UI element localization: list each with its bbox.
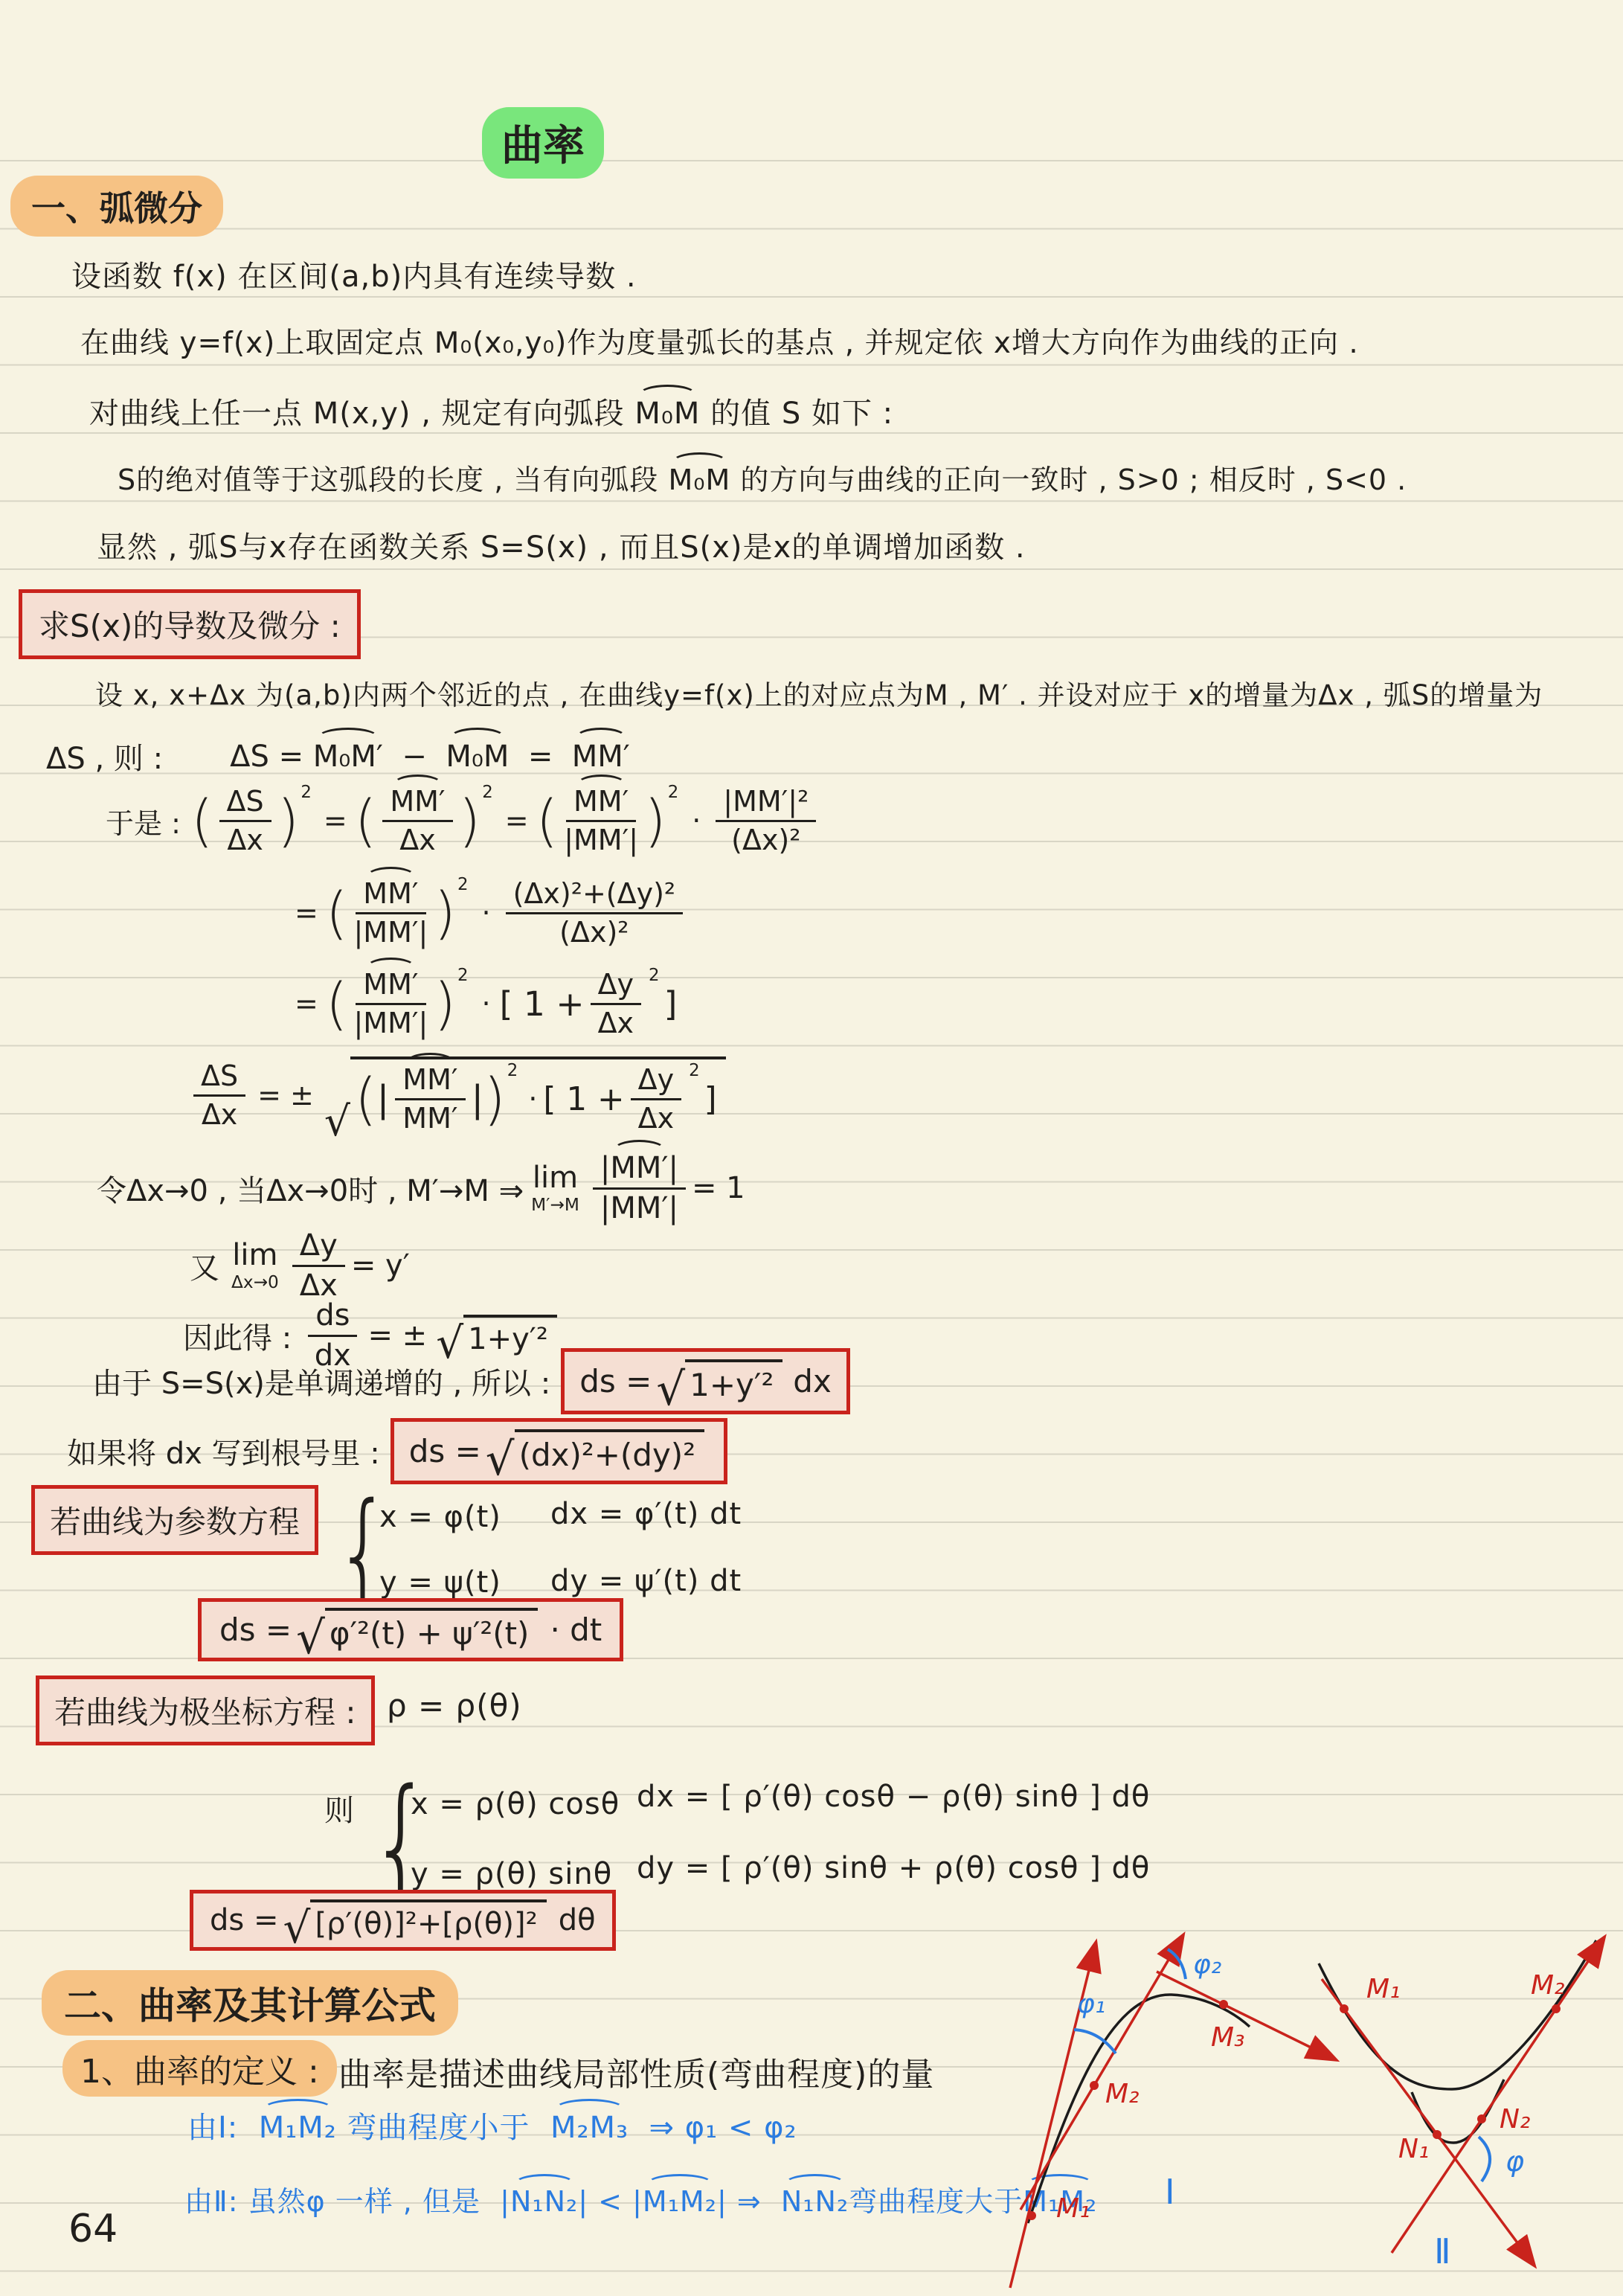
math-token: =: [324, 804, 347, 837]
math-token: 如果将 dx 写到根号里 :: [67, 1430, 380, 1472]
limit: lim Δx→0: [231, 1240, 279, 1291]
section1-heading: 一、弧微分: [10, 176, 223, 237]
polar-then: 则: [324, 1787, 355, 1830]
math-token: =: [528, 740, 553, 774]
param-dx: dx = φ′(t) dt: [550, 1497, 742, 1531]
blue-note-1: 由Ⅰ: M₁M₂ 弯曲程度小于 M₂M₃ ⇒ φ₁ < φ₂: [187, 2104, 797, 2146]
section2-heading: 二、曲率及其计算公式: [42, 1970, 458, 2036]
diagram-2: M₁ M₂ N₁ N₂ φ Ⅱ: [1319, 1938, 1604, 2271]
arc-M1M2: M₁M₂: [643, 2185, 717, 2218]
ds-formula-box-1: ds = √ 1+y′² dx: [561, 1348, 850, 1414]
polar-eq-y: y = ρ(θ) sinθ: [411, 1857, 612, 1891]
para-line-5: 显然 , 弧S与x存在函数关系 S=S(x) , 而且S(x)是x的单调增加函数…: [97, 524, 1026, 566]
paren: (: [326, 891, 348, 936]
paren: ): [459, 798, 481, 844]
arc-N1N2: N₁N₂: [781, 2185, 849, 2218]
math-token: 又: [190, 1245, 219, 1287]
abs-bar: |: [377, 1077, 390, 1120]
label-M2: M₂: [1531, 1970, 1565, 2001]
sqrt-sign: √: [324, 1106, 350, 1138]
fraction: MM′ |MM′|: [564, 786, 638, 856]
label-phi: φ: [1505, 2145, 1524, 2178]
paren: (: [355, 798, 377, 844]
paren: (: [355, 1077, 377, 1122]
fraction: ΔS Δx: [193, 1060, 245, 1130]
angle-arc-phi: [1479, 2137, 1490, 2181]
label-N1: N₁: [1398, 2134, 1429, 2164]
point-M3: [1219, 2000, 1228, 2009]
para-line-1: 设函数 f(x) 在区间(a,b)内具有连续导数 .: [71, 253, 637, 295]
exponent: 2: [668, 783, 679, 802]
math-token: 令Δx→0 , 当Δx→0时 , M′→M ⇒: [97, 1167, 524, 1210]
polar-dy: dy = [ ρ′(θ) sinθ + ρ(θ) cosθ ] dθ: [637, 1851, 1150, 1885]
paren: ): [644, 798, 666, 844]
delta-s-line: ΔS , 则 : ΔS = M₀M′ − M₀M = MM′: [46, 735, 630, 777]
sqrt-sign: √: [486, 1442, 515, 1478]
paren: ): [277, 798, 300, 844]
arc-M0M: M₀M: [668, 464, 730, 496]
tangent-at-M3: [1157, 1972, 1335, 2059]
para-line-3: 对曲线上任一点 M(x,y) , 规定有向弧段 M₀M 的值 S 如下 :: [89, 390, 893, 432]
abs-bar: |: [472, 1077, 484, 1120]
math-token: ds =: [219, 1612, 292, 1648]
label-M3: M₃: [1211, 2022, 1245, 2053]
fraction: MM′ |MM′|: [354, 969, 428, 1039]
formula-row-1: 于是 : ( ΔS Δx ) 2 = ( MM′ Δx ) 2 = ( MM′ …: [106, 786, 822, 856]
polar-ds-box: ds = √ [ρ′(θ)]²+[ρ(θ)]² dθ: [190, 1890, 616, 1951]
sqrt-sign: √: [283, 1911, 310, 1945]
bracket: [ 1 +: [543, 1080, 624, 1118]
math-token: 于是 :: [106, 801, 181, 841]
section2-heading-highlight: 二、曲率及其计算公式: [42, 1970, 458, 2036]
tangent-at-M2: [1021, 1936, 1183, 2210]
curvature-diagrams: M₁ M₂ M₃ φ₁ φ₂ Ⅰ M₁ M₂ N₁ N₂ φ Ⅱ: [997, 1920, 1623, 2296]
arc-N1N2: N₁N₂: [510, 2185, 578, 2218]
polar-dx: dx = [ ρ′(θ) cosθ − ρ(θ) sinθ ] dθ: [637, 1780, 1150, 1814]
page-title-highlight: 曲率: [482, 107, 604, 179]
fraction: Δy Δx: [631, 1064, 681, 1134]
paren: ): [483, 1077, 506, 1122]
paren: ): [434, 891, 456, 936]
label-M2: M₂: [1105, 2079, 1140, 2109]
paren: (: [326, 981, 348, 1027]
definition-label-highlight: 1、曲率的定义 :: [62, 2040, 337, 2097]
arc-MM-prime: MM′: [402, 1064, 457, 1096]
label-II: Ⅱ: [1434, 2231, 1451, 2271]
label-N2: N₂: [1500, 2104, 1530, 2135]
para-line-4-text: S的绝对值等于这弧段的长度 , 当有向弧段: [118, 464, 658, 496]
arc-MM-prime: MM′: [610, 1152, 668, 1185]
fraction: ΔS Δx: [219, 786, 271, 856]
label-M1: M₁: [1366, 1974, 1401, 2004]
math-token: ds =: [210, 1903, 278, 1937]
limit-row-2: 又 lim Δx→0 Δy Δx = y′: [190, 1229, 410, 1303]
point-N2: [1477, 2114, 1486, 2123]
fraction: Δy Δx: [292, 1229, 345, 1303]
formula-row-4: ΔS Δx = ± √ ( | MM′ MM′ | ) 2 · [ 1 + Δy…: [187, 1056, 730, 1134]
param-eq-y: y = ψ(t): [379, 1565, 501, 1600]
math-token: = 1: [692, 1171, 745, 1205]
para-line-6: 设 x, x+Δx 为(a,b)内两个邻近的点 , 在曲线y=f(x)上的对应点…: [95, 673, 1543, 713]
arc-MM-prime: MM′: [363, 878, 418, 910]
arc-M0M: M₀M: [634, 397, 700, 431]
math-token: = y′: [351, 1248, 410, 1283]
sqrt: √ (dx)²+(dy)²: [486, 1429, 704, 1473]
arc-M2M3: M₂M₃: [550, 2111, 629, 2145]
para-line-2: 在曲线 y=f(x)上取固定点 M₀(x₀,y₀)作为度量弧长的基点 , 并规定…: [80, 320, 1359, 362]
diagram-1: M₁ M₂ M₃ φ₁ φ₂ Ⅰ: [1010, 1936, 1335, 2288]
math-token: ·: [528, 1083, 537, 1115]
limit: lim M′→M: [531, 1163, 579, 1213]
math-token: ΔS =: [230, 740, 303, 774]
point-N1: [1433, 2130, 1442, 2139]
blue-note-2: 由Ⅱ: 虽然φ 一样 , 但是 |N₁N₂| < |M₁M₂| ⇒ N₁N₂弯曲…: [184, 2178, 1097, 2219]
curve-II-outer: [1319, 1940, 1596, 2089]
subheading-text: 求S(x)的导数及微分 :: [19, 589, 361, 659]
arc-MM-prime: MM′: [390, 786, 445, 818]
arc-M0M: M₀M: [446, 740, 509, 774]
math-token: =: [295, 897, 318, 929]
paren: (: [536, 798, 559, 844]
math-token: ·: [692, 804, 701, 837]
bracket: [ 1 +: [500, 984, 585, 1024]
root-form-row: 如果将 dx 写到根号里 : ds = √ (dx)²+(dy)²: [67, 1418, 727, 1484]
math-token: 由于 S=S(x)是单调递增的 , 所以 :: [92, 1360, 550, 1402]
paren: (: [191, 798, 213, 844]
exponent: 2: [457, 875, 469, 894]
math-token: =: [295, 987, 318, 1020]
exponent: 2: [689, 1061, 700, 1080]
exponent: 2: [457, 966, 469, 985]
angle-arc-phi2: [1168, 1949, 1186, 1979]
fraction: MM′ MM′: [395, 1064, 465, 1134]
label-M1: M₁: [1056, 2193, 1090, 2224]
monotonic-row: 由于 S=S(x)是单调递增的 , 所以 : ds = √ 1+y′² dx: [92, 1348, 850, 1414]
arc-M1M2: M₁M₂: [259, 2111, 337, 2145]
param-dy: dy = ψ′(t) dt: [550, 1564, 742, 1598]
point-M1: [1340, 2004, 1349, 2013]
arc-MM-prime: MM′: [572, 740, 630, 774]
sqrt-sign: √: [656, 1372, 685, 1408]
label-phi2: φ₂: [1193, 1949, 1221, 1980]
param-label: 若曲线为参数方程: [31, 1485, 318, 1555]
sqrt: √ 1+y′²: [656, 1359, 782, 1403]
param-label-box: 若曲线为参数方程: [31, 1485, 318, 1555]
definition-text: 曲率是描述曲线局部性质(弯曲程度)的量: [338, 2048, 934, 2095]
sqrt-sign: √: [296, 1620, 325, 1656]
fraction: |MM′| |MM′|: [593, 1152, 686, 1225]
fraction: MM′ Δx: [382, 786, 452, 856]
polar-label-box: 若曲线为极坐标方程 :: [36, 1675, 375, 1745]
para-line-4: S的绝对值等于这弧段的长度 , 当有向弧段 M₀M 的方向与曲线的正向一致时 ,…: [118, 457, 1407, 498]
exponent: 2: [301, 783, 312, 802]
param-ds-box: ds = √ φ′²(t) + ψ′²(t) · dt: [198, 1598, 623, 1661]
notebook-page: 曲率 一、弧微分 设函数 f(x) 在区间(a,b)内具有连续导数 . 在曲线 …: [0, 0, 1623, 2296]
tangent-line-B: [1392, 1938, 1604, 2253]
limit-row-1: 令Δx→0 , 当Δx→0时 , M′→M ⇒ lim M′→M |MM′| |…: [97, 1152, 745, 1225]
sqrt: √ [ρ′(θ)]²+[ρ(θ)]²: [283, 1899, 546, 1941]
sqrt: √ φ′²(t) + ψ′²(t): [296, 1608, 538, 1652]
fraction: |MM′|² (Δx)²: [716, 786, 816, 856]
math-token: dθ: [559, 1903, 596, 1937]
formula-row-2: = ( MM′ |MM′| ) 2 · (Δx)²+(Δy)² (Δx)²: [295, 878, 689, 948]
math-token: =: [505, 804, 529, 837]
label-phi1: φ₁: [1077, 1989, 1105, 2019]
point-M2: [1552, 2004, 1561, 2013]
arc-MM-prime: MM′: [363, 969, 418, 1001]
polar-eq-x: x = ρ(θ) cosθ: [411, 1787, 620, 1821]
math-token: ·: [481, 897, 490, 929]
exponent: 2: [649, 966, 660, 985]
bracket: ]: [704, 1080, 717, 1118]
polar-rho: ρ = ρ(θ): [387, 1687, 522, 1724]
point-M1: [1027, 2211, 1036, 2220]
exponent: 2: [482, 783, 493, 802]
math-token: = ±: [257, 1079, 314, 1112]
fraction: MM′ |MM′|: [354, 878, 428, 948]
formula-row-3: = ( MM′ |MM′| ) 2 · [ 1 + Δy Δx 2 ]: [295, 969, 677, 1039]
para-line-3-text: 对曲线上任一点 M(x,y) , 规定有向弧段: [89, 397, 625, 431]
fraction: (Δx)²+(Δy)² (Δx)²: [506, 878, 684, 948]
para-line-4-text2: 的方向与曲线的正向一致时 , S>0 ; 相反时 , S<0 .: [740, 464, 1407, 496]
para-line-3-text2: 的值 S 如下 :: [710, 397, 893, 431]
arc-MM-prime: MM′: [573, 786, 629, 818]
page-number: 64: [68, 2207, 118, 2251]
paren: ): [434, 981, 456, 1027]
sqrt: √ ( | MM′ MM′ | ) 2 · [ 1 + Δy Δx 2 ]: [324, 1056, 726, 1134]
section1-heading-highlight: 一、弧微分: [10, 176, 223, 237]
subheading-box: 求S(x)的导数及微分 :: [19, 589, 361, 659]
polar-label: 若曲线为极坐标方程 :: [36, 1675, 375, 1745]
math-token: −: [402, 740, 427, 774]
fraction: Δy Δx: [591, 969, 641, 1039]
label-I: Ⅰ: [1165, 2172, 1175, 2212]
arc-M0M-prime: M₀M′: [313, 740, 383, 774]
math-token: ΔS , 则 :: [46, 735, 163, 777]
point-M2: [1090, 2081, 1099, 2090]
ds-formula-box-2: ds = √ (dx)²+(dy)²: [391, 1418, 727, 1484]
page-title: 曲率: [482, 107, 604, 179]
bracket: ]: [664, 984, 678, 1024]
definition-label: 1、曲率的定义 :: [62, 2040, 337, 2097]
param-eq-x: x = φ(t): [379, 1500, 501, 1534]
math-token: ·: [481, 987, 490, 1020]
math-token: · dt: [550, 1612, 602, 1648]
exponent: 2: [507, 1061, 518, 1080]
